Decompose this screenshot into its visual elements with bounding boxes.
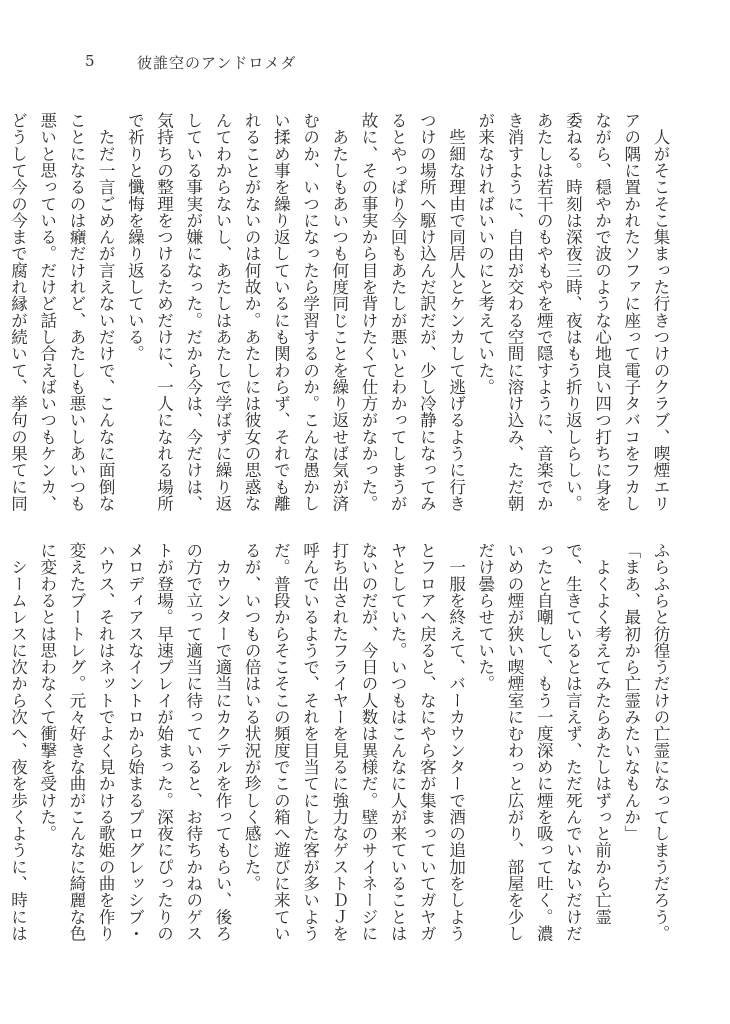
- paragraph: 人がそこそこ集まった行きつけのクラブ、喫煙エリアの隅に置かれたソファに座って電子…: [471, 112, 675, 517]
- paragraph: カウンターで適当にカクテルを作ってもらい、後ろの方で立って適当に待っていると、お…: [33, 542, 237, 952]
- paragraph: 一服を終えて、バーカウンターで酒の追加をしようとフロアへ戻ると、なにやら客が集ま…: [237, 542, 471, 952]
- paragraph: 些細な理由で同居人とケンカして逃げるように行きつけの場所へ駆け込んだ訳だが、少し…: [354, 112, 471, 517]
- text-block-top: 人がそこそこ集まった行きつけのクラブ、喫煙エリアの隅に置かれたソファに座って電子…: [50, 112, 675, 517]
- text-block-bottom: ふらふらと彷徨うだけの亡霊になってしまうだろう。 「まあ、最初から亡霊みたいなも…: [50, 542, 675, 952]
- paragraph: よくよく考えてみたらあたしはずっと前から亡霊で、生きているとは言えず、ただ死んで…: [471, 542, 617, 952]
- paragraph: あたしもあいつも何度同じことを繰り返せば気が済むのか、いつになったら学習するのか…: [120, 112, 354, 517]
- running-title: 彼誰空のアンドロメダ: [137, 52, 296, 73]
- paragraph: ただ一言ごめんが言えないだけで、こんなに面倒なことになるのは癪だけれど、あたしも…: [0, 112, 120, 517]
- dialogue-line: 「まあ、最初から亡霊みたいなもんか」: [617, 542, 646, 952]
- paragraph: ふらふらと彷徨うだけの亡霊になってしまうだろう。: [646, 542, 675, 952]
- page-number: 5: [85, 52, 95, 70]
- paragraph: シームレスに次から次へ、夜を歩くように、時には走るように、音楽は深い闇を突き抜け…: [0, 542, 33, 952]
